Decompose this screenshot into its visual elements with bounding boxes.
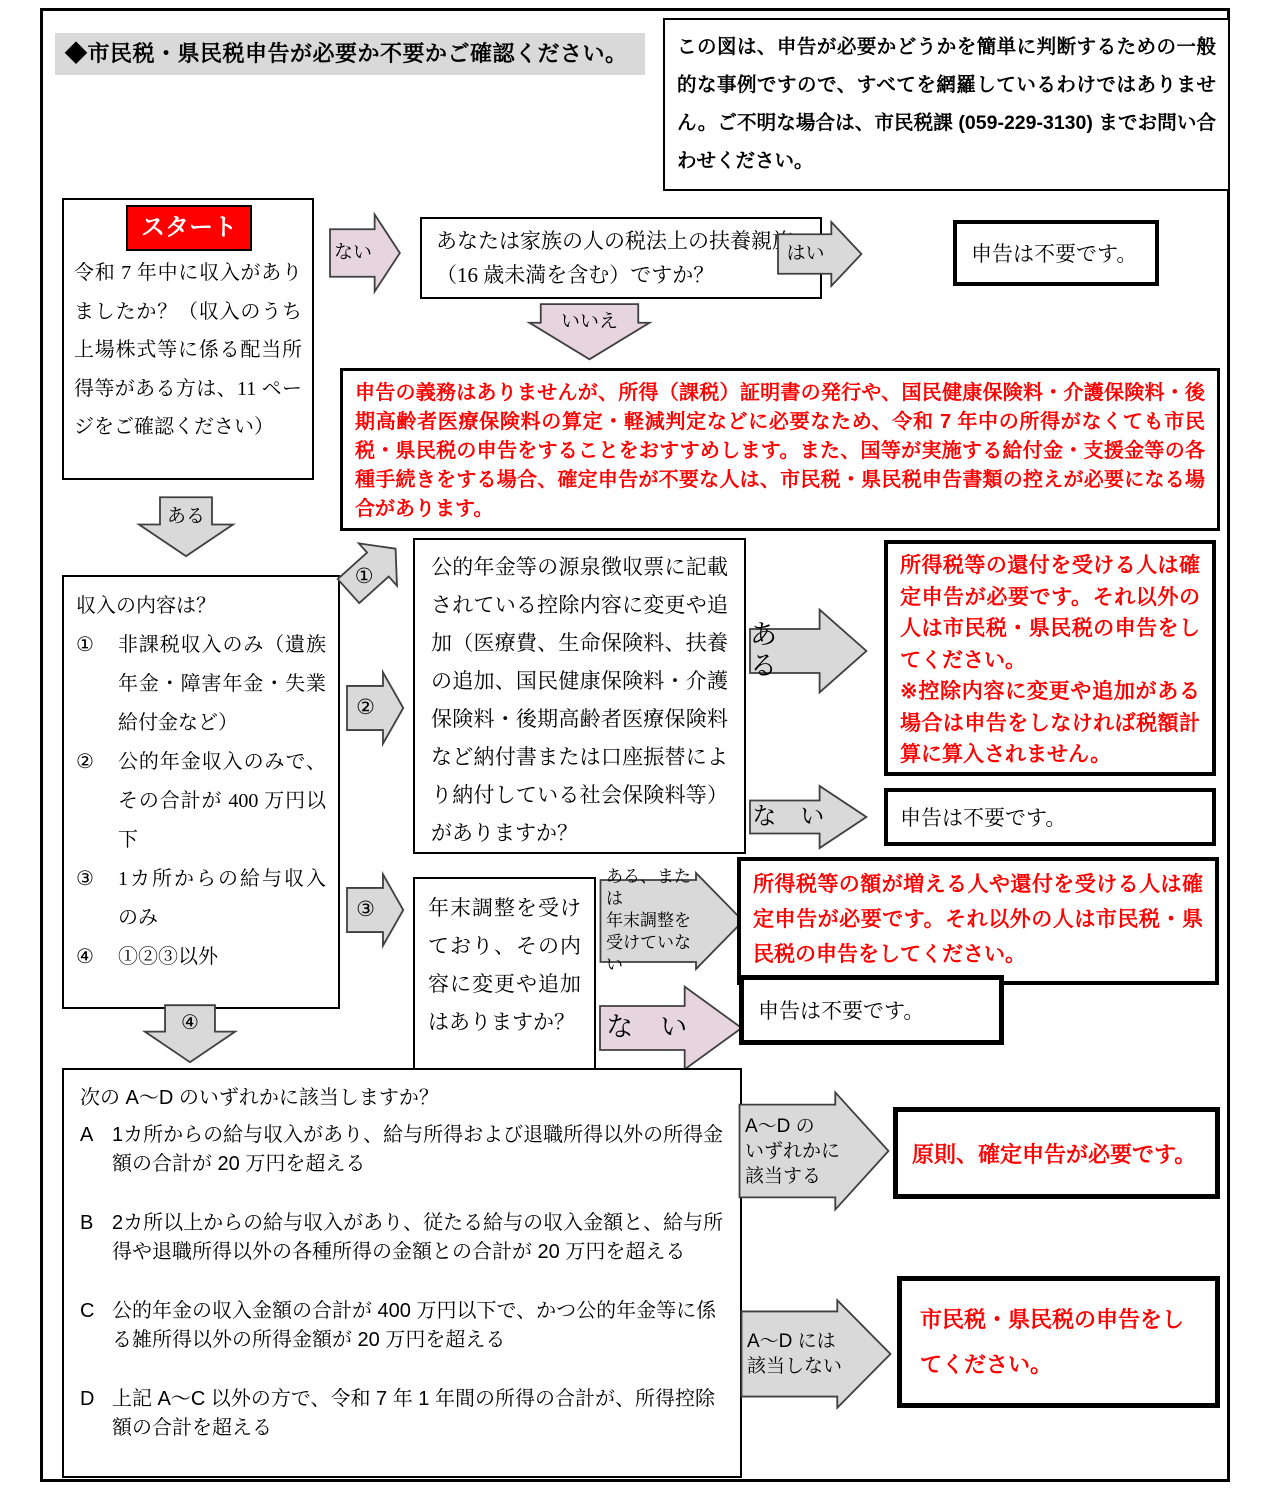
ad-item-c: C 公的年金の収入金額の合計が 400 万円以下で、かつ公的年金等に係る雑所得以… — [80, 1297, 724, 1355]
ad-item-d: D 上記 A～C 以外の方で、令和 7 年 1 年間の所得の合計が、所得控除額の… — [80, 1385, 724, 1443]
kakutei-box: 所得税等の額が増える人や還付を受ける人は確定申告が必要です。それ以外の人は市民税… — [737, 857, 1219, 985]
arrow-nai-right-label: な い — [750, 784, 827, 850]
arrow-ad-nomatch-label: A～D には 該当しない — [747, 1298, 847, 1410]
income-item-3: ③ 1カ所からの給与収入のみ — [76, 860, 326, 938]
income-item-2: ② 公的年金収入のみで、その合計が 400 万円以下 — [76, 743, 326, 860]
gensoku-text: 原則、確定申告が必要です。 — [912, 1138, 1196, 1169]
arrow-iie: いいえ — [527, 303, 652, 361]
arrow-two-label: ② — [347, 670, 384, 746]
arrow-two: ② — [347, 670, 405, 746]
arrow-three: ③ — [347, 872, 405, 948]
arrow-aru-or-label: ある、または 年末調整を 受けていない — [606, 871, 703, 971]
income-item-4-marker: ④ — [76, 938, 118, 977]
arrow-aru-right: あ る — [750, 607, 870, 695]
arrow-four-label: ④ — [142, 1010, 238, 1038]
arrow-ad-match-label: A～D の いずれかに 該当する — [745, 1090, 845, 1212]
arrow-nai-right: な い — [750, 784, 870, 850]
ad-item-b: B 2カ所以上からの給与収入があり、従たる給与の収入金額と、給与所得や退職所得以… — [80, 1209, 724, 1267]
income-item-3-text: 1カ所からの給与収入のみ — [118, 860, 326, 938]
arrow-aru-down: ある — [136, 496, 236, 558]
income-item-4-text: ①②③以外 — [118, 938, 326, 977]
income-item-2-marker: ② — [76, 743, 118, 782]
ad-item-d-letter: D — [80, 1385, 112, 1414]
no-declaration-text-1: 申告は不要です。 — [971, 238, 1137, 268]
arrow-ad-match: A～D の いずれかに 該当する — [738, 1090, 890, 1212]
income-type-header: 収入の内容は？ — [76, 587, 326, 626]
arrow-nai-top: ない — [330, 212, 402, 294]
page-title: ◆市民税・県民税申告が必要か不要かご確認ください。 — [55, 33, 645, 75]
no-declaration-box-3: 申告は不要です。 — [739, 975, 1004, 1045]
income-item-3-marker: ③ — [76, 860, 118, 899]
ad-item-a: A 1カ所からの給与収入があり、給与所得および退職所得以外の所得金額の合計が 2… — [80, 1121, 724, 1179]
advice-box: 申告の義務はありませんが、所得（課税）証明書の発行や、国民健康保険料・介護保険料… — [340, 368, 1220, 531]
no-declaration-box-2: 申告は不要です。 — [884, 788, 1216, 846]
start-box: スタート 令和 7 年中に収入がありましたか？（収入のうち上場株式等に係る配当所… — [62, 198, 314, 480]
start-question: 令和 7 年中に収入がありましたか？（収入のうち上場株式等に係る配当所得等がある… — [74, 254, 302, 447]
income-item-1-text: 非課税収入のみ（遺族年金・障害年金・失業給付金など） — [118, 626, 326, 743]
arrow-nai-top-label: ない — [330, 212, 376, 294]
arrow-ad-nomatch: A～D には 該当しない — [740, 1298, 892, 1410]
arrow-nai-pink: な い — [600, 984, 746, 1072]
ad-item-c-text: 公的年金の収入金額の合計が 400 万円以下で、かつ公的年金等に係る雑所得以外の… — [112, 1297, 724, 1355]
ad-item-d-text: 上記 A～C 以外の方で、令和 7 年 1 年間の所得の合計が、所得控除額の合計… — [112, 1385, 724, 1443]
no-declaration-box-1: 申告は不要です。 — [953, 220, 1159, 286]
note-box: この図は、申告が必要かどうかを簡単に判断するための一般的な事例ですので、すべてを… — [663, 18, 1230, 191]
ad-item-b-text: 2カ所以上からの給与収入があり、従たる給与の収入金額と、給与所得や退職所得以外の… — [112, 1209, 724, 1267]
income-item-2-text: 公的年金収入のみで、その合計が 400 万円以下 — [118, 743, 326, 860]
arrow-nai-pink-label: な い — [600, 984, 693, 1072]
arrow-iie-label: いいえ — [527, 309, 652, 336]
ad-item-a-letter: A — [80, 1121, 112, 1150]
arrow-hai: はい — [778, 220, 864, 288]
arrow-four: ④ — [142, 1004, 238, 1064]
dependent-question-text: あなたは家族の人の税法上の扶養親族（16 歳未満を含む）ですか？ — [436, 224, 806, 292]
arrow-aru-down-label: ある — [136, 502, 236, 531]
no-declaration-text-3: 申告は不要です。 — [758, 995, 924, 1025]
arrow-aru-or: ある、または 年末調整を 受けていない — [599, 871, 746, 971]
flowchart-page: ◆市民税・県民税申告が必要か不要かご確認ください。 この図は、申告が必要かどうか… — [0, 0, 1269, 1493]
ad-question-box: 次の A～D のいずれかに該当しますか？ A 1カ所からの給与収入があり、給与所… — [62, 1068, 742, 1478]
income-item-1-marker: ① — [76, 626, 118, 665]
arrow-one-label: ① — [343, 546, 385, 608]
arrow-hai-label: はい — [778, 220, 833, 288]
shiminzei-box: 市民税・県民税の申告をしてください。 — [897, 1276, 1220, 1408]
refund-box: 所得税等の還付を受ける人は確定申告が必要です。それ以外の人は市民税・県民税の申告… — [884, 540, 1216, 776]
arrow-aru-right-label: あ る — [750, 607, 827, 695]
income-type-box: 収入の内容は？ ① 非課税収入のみ（遺族年金・障害年金・失業給付金など） ② 公… — [62, 575, 340, 1009]
income-item-1: ① 非課税収入のみ（遺族年金・障害年金・失業給付金など） — [76, 626, 326, 743]
dependent-question-box: あなたは家族の人の税法上の扶養親族（16 歳未満を含む）ですか？ — [420, 217, 822, 299]
ad-item-b-letter: B — [80, 1209, 112, 1238]
arrow-three-label: ③ — [347, 872, 384, 948]
nenmatsu-question-box: 年末調整を受けており、その内容に変更や追加はありますか？ — [413, 877, 596, 1084]
income-item-4: ④ ①②③以外 — [76, 938, 326, 977]
ad-header: 次の A～D のいずれかに該当しますか？ — [80, 1084, 724, 1113]
pension-question-box: 公的年金等の源泉徴収票に記載されている控除内容に変更や追加（医療費、生命保険料、… — [413, 538, 746, 854]
ad-item-a-text: 1カ所からの給与収入があり、給与所得および退職所得以外の所得金額の合計が 20 … — [112, 1121, 724, 1179]
ad-item-c-letter: C — [80, 1297, 112, 1326]
gensoku-box: 原則、確定申告が必要です。 — [893, 1107, 1220, 1199]
start-badge: スタート — [126, 205, 252, 251]
no-declaration-text-2: 申告は不要です。 — [900, 802, 1066, 832]
